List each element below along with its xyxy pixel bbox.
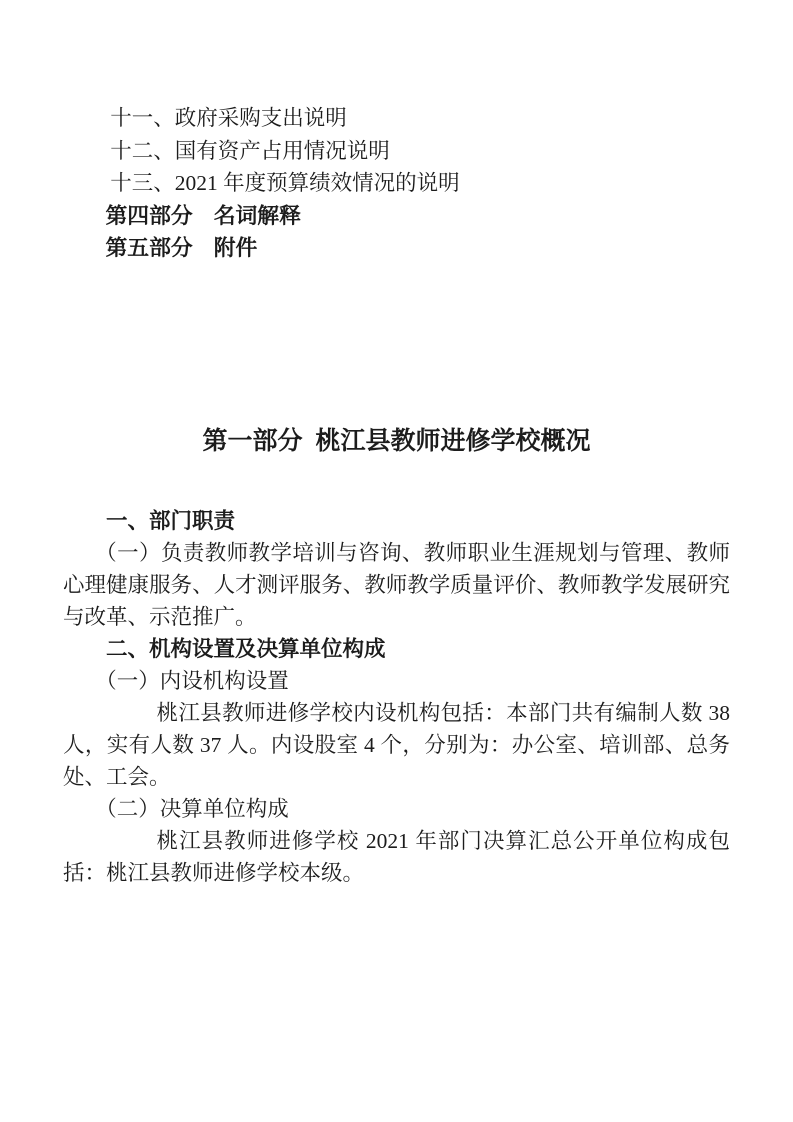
section-heading-duties: 一、部门职责: [63, 505, 730, 537]
toc-item-13: 十三、2021 年度预算绩效情况的说明: [63, 167, 730, 200]
toc-part-five-heading: 第五部分附件: [63, 232, 730, 265]
subsection-heading-unit-composition: （二）决算单位构成: [63, 793, 730, 825]
table-of-contents: 十一、政府采购支出说明 十二、国有资产占用情况说明 十三、2021 年度预算绩效…: [63, 0, 730, 265]
paragraph-unit-composition: 桃江县教师进修学校 2021 年部门决算汇总公开单位构成包括：桃江县教师进修学校…: [63, 825, 730, 889]
part-four-label: 第四部分: [106, 204, 193, 228]
section-heading-structure: 二、机构设置及决算单位构成: [63, 633, 730, 665]
toc-item-12: 十二、国有资产占用情况说明: [63, 135, 730, 168]
document-body: 一、部门职责 （一）负责教师教学培训与咨询、教师职业生涯规划与管理、教师心理健康…: [63, 505, 730, 889]
part-four-title: 名词解释: [214, 204, 301, 228]
subsection-heading-internal-orgs: （一）内设机构设置: [63, 665, 730, 697]
paragraph-internal-orgs: 桃江县教师进修学校内设机构包括：本部门共有编制人数 38 人，实有人数 37 人…: [63, 697, 730, 793]
part-one-title-text: 桃江县教师进修学校概况: [316, 428, 591, 455]
toc-item-11: 十一、政府采购支出说明: [63, 102, 730, 135]
document-page: 十一、政府采购支出说明 十二、国有资产占用情况说明 十三、2021 年度预算绩效…: [0, 0, 793, 1122]
part-one-page-title: 第一部分桃江县教师进修学校概况: [63, 422, 730, 462]
part-five-title: 附件: [214, 236, 258, 260]
page-content: 十一、政府采购支出说明 十二、国有资产占用情况说明 十三、2021 年度预算绩效…: [0, 0, 793, 889]
toc-part-four-heading: 第四部分名词解释: [63, 200, 730, 233]
paragraph-duties: （一）负责教师教学培训与咨询、教师职业生涯规划与管理、教师心理健康服务、人才测评…: [63, 537, 730, 633]
part-one-label: 第一部分: [202, 428, 302, 455]
part-five-label: 第五部分: [106, 236, 193, 260]
